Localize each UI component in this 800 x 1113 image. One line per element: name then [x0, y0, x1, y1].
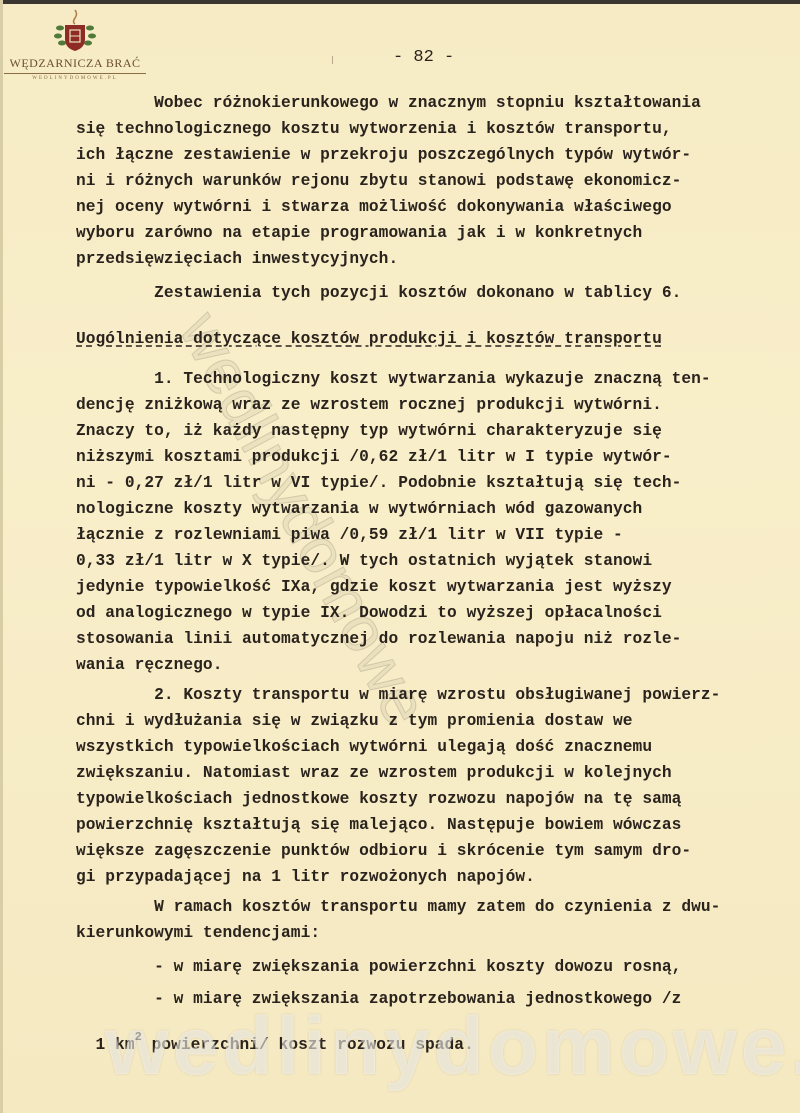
text-line: ni i różnych warunków rejonu zbytu stano… [76, 172, 681, 190]
text-line: większe zagęszczenie punktów odbioru i s… [76, 842, 691, 860]
text-line: zwiększaniu. Natomiast wraz ze wzrostem … [76, 764, 672, 782]
text-line: niższymi kosztami produkcji /0,62 zł/1 l… [76, 448, 672, 466]
text-line: Znaczy to, iż każdy następny typ wytwórn… [76, 422, 662, 440]
text-line: wyboru zarówno na etapie programowania j… [76, 224, 642, 242]
text-line: ni - 0,27 zł/1 litr w VI typie/. Podobni… [76, 474, 681, 492]
text-line: powierzchnię kształtują się malejąco. Na… [76, 816, 681, 834]
logo-name: WĘDZARNICZA BRAĆ [0, 56, 150, 71]
text-line: jedynie typowielkość IXa, gdzie koszt wy… [76, 578, 672, 596]
scan-mark [332, 56, 333, 64]
logo-url: WEDLINYDOMOWE.PL [0, 76, 150, 81]
logo-emblem-icon [50, 8, 100, 52]
text-line: kierunkowymi tendencjami: [76, 924, 320, 942]
text-line: W ramach kosztów transportu mamy zatem d… [76, 898, 720, 916]
text-line: łącznie z rozlewniami piwa /0,59 zł/1 li… [76, 526, 623, 544]
logo: WĘDZARNICZA BRAĆ WEDLINYDOMOWE.PL [0, 8, 150, 88]
text-line: Wobec różnokierunkowego w znacznym stopn… [76, 94, 701, 112]
text-line: 2. Koszty transportu w miarę wzrostu obs… [76, 686, 720, 704]
text-line: 1. Technologiczny koszt wytwarzania wyka… [76, 370, 711, 388]
text-line: nologiczne koszty wytwarzania w wytwórni… [76, 500, 642, 518]
text-line: typowielkościach jednostkowe koszty rozw… [76, 790, 681, 808]
text-line: wania ręcznego. [76, 656, 222, 674]
text-line: wszystkich typowielkościach wytwórni ule… [76, 738, 652, 756]
text-line: gi przypadającej na 1 litr rozwożonych n… [76, 868, 535, 886]
logo-divider [4, 73, 146, 74]
scan-top-edge [0, 0, 800, 4]
section-heading: Uogólnienia dotyczące kosztów produkcji … [76, 330, 662, 348]
text-line: się technologicznego kosztu wytworzenia … [76, 120, 672, 138]
text-line: Zestawienia tych pozycji kosztów dokonan… [76, 284, 681, 302]
text-line: chni i wydłużania się w związku z tym pr… [76, 712, 633, 730]
text-line: dencję zniżkową wraz ze wzrostem rocznej… [76, 396, 662, 414]
text-line: stosowania linii automatycznej do rozlew… [76, 630, 681, 648]
page-number: - 82 - [393, 48, 454, 67]
text-line: nej oceny wytwórni i stwarza możliwość d… [76, 198, 672, 216]
text-line: 0,33 zł/1 litr w X typie/. W tych ostatn… [76, 552, 652, 570]
watermark: wedlinydomowe.pl [105, 1000, 800, 1094]
scan-left-edge [0, 0, 3, 1113]
text-line: ich łączne zestawienie w przekroju poszc… [76, 146, 691, 164]
text-line: przedsięwzięciach inwestycyjnych. [76, 250, 398, 268]
text-line: od analogicznego w typie IX. Dowodzi to … [76, 604, 662, 622]
text-line: - w miarę zwiększania powierzchni koszty… [76, 958, 681, 976]
